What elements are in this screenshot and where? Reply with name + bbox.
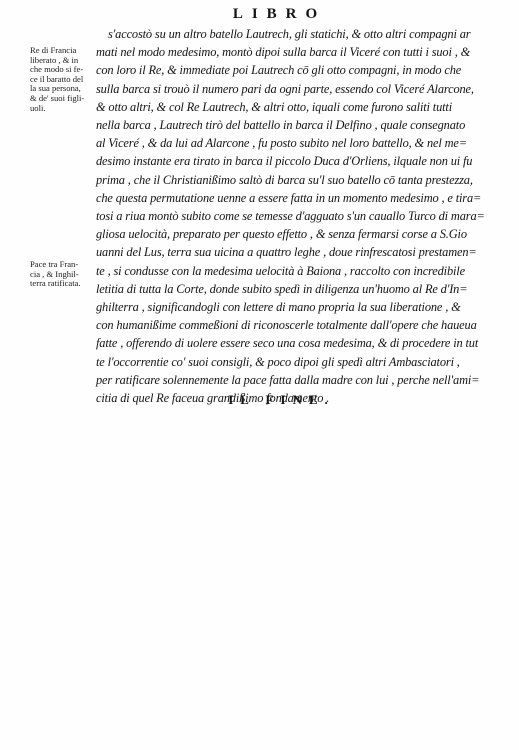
text-line: te l'occorrentie co' suoi consigli, & po… bbox=[96, 353, 500, 371]
text-line: gliosa uelocità, preparato per questo ef… bbox=[96, 225, 500, 243]
text-line: uanni del Lus, terra sua uicina a quattr… bbox=[96, 243, 500, 261]
text-line: al Viceré , & da lui ad Alarcone , fu po… bbox=[96, 134, 500, 152]
text-line: sulla barca si trouò il numero pari da o… bbox=[96, 80, 500, 98]
body-text: s'accostò su un altro batello Lautrech, … bbox=[96, 25, 500, 407]
colophon-the-end: IL FINE. bbox=[0, 392, 519, 408]
text-line: tosi a riua montò subito come se temesse… bbox=[96, 207, 500, 225]
text-line: fatte , offerendo di uolere essere seco … bbox=[96, 334, 500, 352]
text-line: desimo instante era tirato in barca il p… bbox=[96, 152, 500, 170]
text-line: nella barca , Lautrech tirò del battello… bbox=[96, 116, 500, 134]
text-line: & otto altri, & col Re Lautrech, & altri… bbox=[96, 98, 500, 116]
marginal-note-peace: Pace tra Fran- cia , & Inghil- terra rat… bbox=[30, 260, 94, 289]
text-line: s'accostò su un altro batello Lautrech, … bbox=[96, 25, 500, 43]
marginal-note-line: terra ratificata. bbox=[30, 279, 94, 289]
text-line: mati nel modo medesimo, montò dipoi sull… bbox=[96, 43, 500, 61]
marginal-note-liberation: Re di Francia liberato , & in che modo s… bbox=[30, 46, 94, 113]
text-line: ghilterra , significandogli con lettere … bbox=[96, 298, 500, 316]
marginal-note-line: uoli. bbox=[30, 104, 94, 114]
running-head: LIBRO bbox=[0, 6, 519, 23]
text-line: te , si condusse con la medesima uelocit… bbox=[96, 262, 500, 280]
text-line: che questa permutatione uenne a essere f… bbox=[96, 189, 500, 207]
text-line: con humanißime commeßioni di riconoscerl… bbox=[96, 316, 500, 334]
text-line: per ratificare solennemente la pace fatt… bbox=[96, 371, 500, 389]
text-line: letitia di tutta la Corte, donde subito … bbox=[96, 280, 500, 298]
book-page: LIBRO Re di Francia liberato , & in che … bbox=[0, 0, 519, 750]
text-line: con loro il Re, & immediate poi Lautrech… bbox=[96, 61, 500, 79]
text-line: prima , che il Christianißimo saltò di b… bbox=[96, 171, 500, 189]
